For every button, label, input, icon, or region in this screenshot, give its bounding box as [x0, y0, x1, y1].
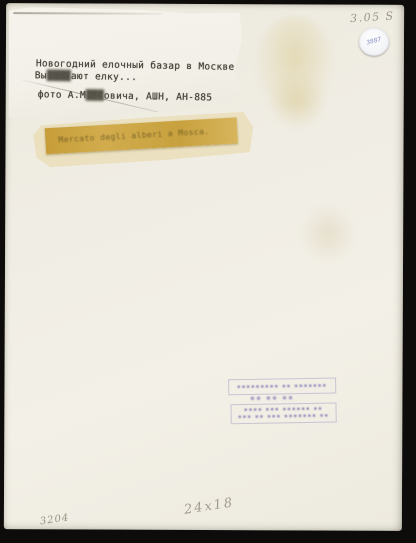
- caption-label-paper: Новогодний елочный базар в Москве. Вы███…: [9, 7, 242, 121]
- tape-strip: Mercato degli alberi a Mosca.: [33, 111, 255, 168]
- stamp-middle-row: ▪▪ ▪▪ ▪▪: [250, 394, 294, 402]
- stamp-row: ▪▪▪ ▪▪ ▪▪▪ ▪▪▪▪▪▪▪ ▪▪: [238, 413, 329, 422]
- pencil-number-bottom-left: 3204: [39, 512, 70, 527]
- photo-credit-line: фото А.М███овича, АШН, АН-885: [38, 89, 213, 103]
- faint-stain-middle: [299, 202, 357, 264]
- glue-stain-top: [254, 16, 336, 118]
- pencil-number-top-right: 3.05 S: [350, 9, 395, 25]
- round-sticker: 3887: [359, 28, 389, 56]
- stamp-row: ▪▪▪▪▪▪▪▪▪ ▪▪ ▪▪▪▪▪▪▪: [237, 382, 327, 390]
- archive-stamp: ▪▪▪▪▪▪▪▪▪ ▪▪ ▪▪▪▪▪▪▪ ▪▪ ▪▪ ▪▪ ▪▪▪▪ ▪▪▪ ▪…: [228, 377, 339, 425]
- stamp-bottom-box: ▪▪▪▪ ▪▪▪ ▪▪▪▪▪▪ ▪▪ ▪▪▪ ▪▪ ▪▪▪ ▪▪▪▪▪▪▪ ▪▪: [230, 402, 336, 424]
- caption-line-2-suffix: ают елку...: [71, 71, 137, 83]
- sticker-number: 3887: [356, 24, 392, 59]
- credit-suffix: овича, АШН, АН-885: [104, 90, 213, 103]
- photo-back-paper: Новогодний елочный базар в Москве. Вы███…: [4, 3, 404, 531]
- ink-smudge: ████: [47, 70, 71, 81]
- caption-line-2: Вы████ают елку...: [35, 70, 138, 83]
- pencil-print-size: 24x18: [183, 495, 235, 517]
- stamp-top-box: ▪▪▪▪▪▪▪▪▪ ▪▪ ▪▪▪▪▪▪▪: [228, 377, 336, 395]
- label-crease: [13, 12, 163, 15]
- scanned-photo-verso: Новогодний елочный базар в Москве. Вы███…: [0, 0, 416, 543]
- caption-line-2-prefix: Вы: [35, 70, 47, 81]
- credit-prefix: фото А.М: [38, 89, 86, 101]
- glue-stain-top-lower: [266, 72, 328, 130]
